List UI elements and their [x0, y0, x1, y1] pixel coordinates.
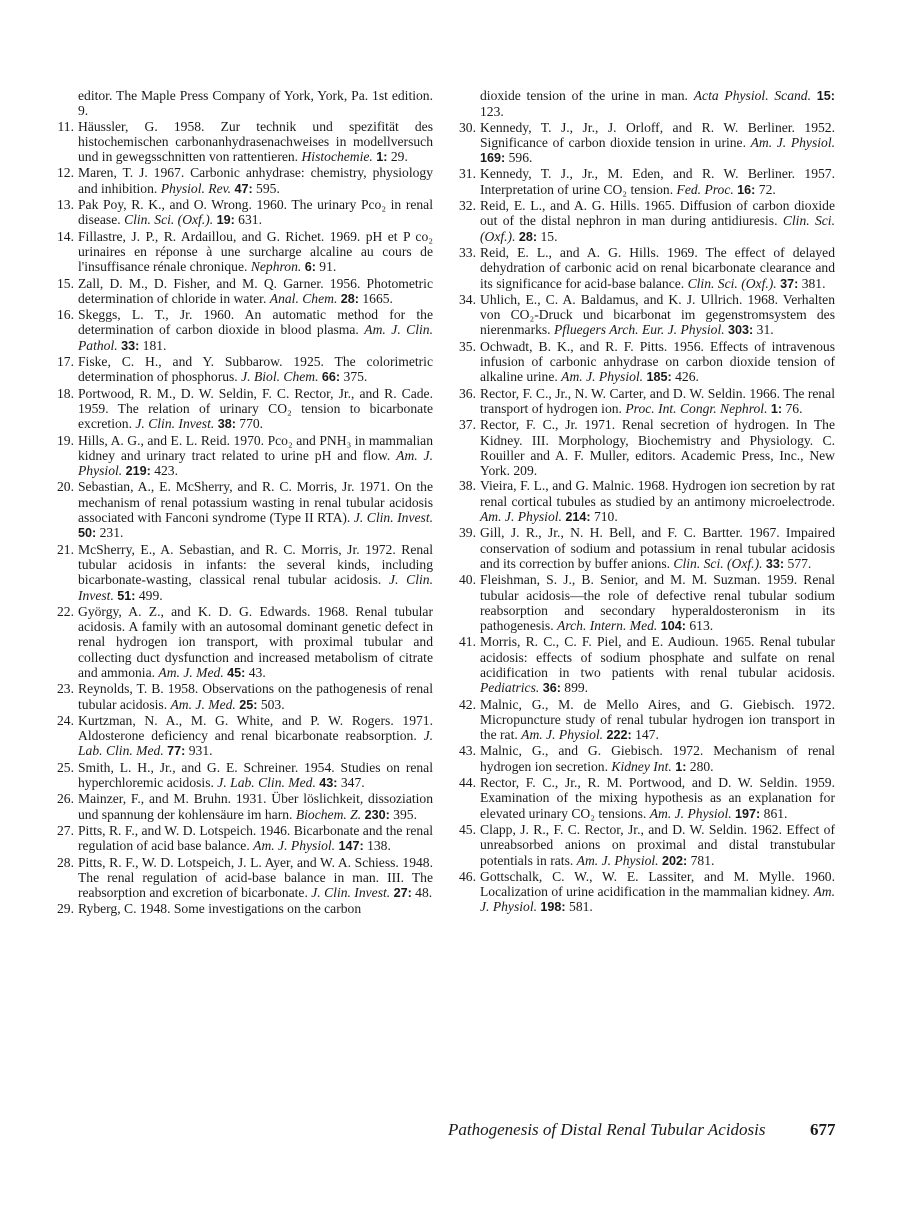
reference-text: Rector, F. C., Jr. 1971. Renal secretion… — [480, 417, 835, 478]
pages: 581. — [566, 899, 593, 914]
journal-name: Clin. Sci. (Oxf.). — [124, 212, 213, 227]
reference-item: 13.Pak Poy, R. K., and O. Wrong. 1960. T… — [52, 197, 433, 229]
reference-item: 36.Rector, F. C., Jr., N. W. Carter, and… — [454, 386, 835, 418]
journal-name: Clin. Sci. (Oxf.). — [688, 276, 777, 291]
reference-item: 18.Portwood, R. M., D. W. Seldin, F. C. … — [52, 386, 433, 433]
pages: 499. — [135, 588, 162, 603]
reference-number: 41. — [454, 634, 476, 649]
reference-text: Fleishman, S. J., B. Senior, and M. M. S… — [480, 572, 835, 633]
journal-name: Am. J. Physiol. — [577, 853, 659, 868]
reference-column-left: editor. The Maple Press Company of York,… — [52, 88, 433, 917]
reference-item: 40.Fleishman, S. J., B. Senior, and M. M… — [454, 572, 835, 634]
reference-number: 18. — [52, 386, 74, 401]
reference-number: 24. — [52, 713, 74, 728]
reference-number: 22. — [52, 604, 74, 619]
reference-number: 11. — [52, 119, 74, 134]
volume: 51: — [117, 589, 135, 603]
journal-name: Am. J. Physiol. — [480, 509, 562, 524]
volume: 50: — [78, 526, 96, 540]
pages: 395. — [390, 807, 417, 822]
reference-item: 20.Sebastian, A., E. McSherry, and R. C.… — [52, 479, 433, 541]
pages: 770. — [236, 416, 263, 431]
reference-text: Gottschalk, C. W., W. E. Lassiter, and M… — [480, 869, 835, 899]
volume: 33: — [121, 339, 139, 353]
reference-list-left: 11.Häussler, G. 1958. Zur technik und sp… — [52, 119, 433, 917]
pages: 381. — [798, 276, 825, 291]
reference-number: 46. — [454, 869, 476, 884]
reference-number: 23. — [52, 681, 74, 696]
reference-number: 21. — [52, 542, 74, 557]
journal-name: Am. J. Med. — [158, 665, 223, 680]
journal-name: J. Biol. Chem. — [241, 369, 318, 384]
continuation-text: editor. The Maple Press Company of York,… — [78, 88, 433, 118]
reference-item: 12.Maren, T. J. 1967. Carbonic anhydrase… — [52, 165, 433, 197]
pages: 181. — [139, 338, 166, 353]
page-number: 677 — [810, 1120, 836, 1140]
reference-item: 22.György, A. Z., and K. D. G. Edwards. … — [52, 604, 433, 681]
journal-name: Clin. Sci. (Oxf.). — [673, 556, 762, 571]
reference-item: 23.Reynolds, T. B. 1958. Observations on… — [52, 681, 433, 713]
reference-number: 31. — [454, 166, 476, 181]
reference-number: 28. — [52, 855, 74, 870]
volume: 219: — [126, 464, 151, 478]
pages: 231. — [96, 525, 123, 540]
volume: 198: — [540, 900, 565, 914]
journal-name: Am. J. Physiol. — [650, 806, 732, 821]
journal-name: Am. J. Physiol. — [253, 838, 335, 853]
journal-name: Fed. Proc. — [677, 182, 734, 197]
reference-item: 41.Morris, R. C., C. F. Piel, and E. Aud… — [454, 634, 835, 696]
reference-item: 42.Malnic, G., M. de Mello Aires, and G.… — [454, 697, 835, 744]
reference-number: 19. — [52, 433, 74, 448]
pages: 899. — [561, 680, 588, 695]
reference-list-right: 30.Kennedy, T. J., Jr., J. Orloff, and R… — [454, 120, 835, 916]
journal-name: J. Clin. Invest. — [311, 885, 390, 900]
volume: 202: — [662, 854, 687, 868]
reference-number: 33. — [454, 245, 476, 260]
journal-name: J. Clin. Invest. — [354, 510, 433, 525]
reference-item: 30.Kennedy, T. J., Jr., J. Orloff, and R… — [454, 120, 835, 167]
reference-number: 13. — [52, 197, 74, 212]
reference-number: 36. — [454, 386, 476, 401]
pages: 375. — [340, 369, 367, 384]
volume: 147: — [338, 839, 363, 853]
reference-item: 16.Skeggs, L. T., Jr. 1960. An automatic… — [52, 307, 433, 354]
pages: 596. — [505, 150, 532, 165]
reference-item: 28.Pitts, R. F., W. D. Lotspeich, J. L. … — [52, 855, 433, 902]
reference-item: 14.Fillastre, J. P., R. Ardaillou, and G… — [52, 229, 433, 276]
pages: 1665. — [359, 291, 393, 306]
volume: 77: — [167, 744, 185, 758]
journal-name: J. Clin. Invest. — [135, 416, 214, 431]
volume: 1: — [376, 150, 387, 164]
reference-text: McSherry, E., A. Sebastian, and R. C. Mo… — [78, 542, 433, 588]
reference-continuation: dioxide tension of the urine in man. Act… — [454, 88, 835, 120]
pages: 29. — [387, 149, 407, 164]
reference-item: 19.Hills, A. G., and E. L. Reid. 1970. P… — [52, 433, 433, 480]
volume: 19: — [217, 213, 235, 227]
reference-text: Hills, A. G., and E. L. Reid. 1970. Pco₂… — [78, 433, 433, 463]
volume: 36: — [543, 681, 561, 695]
reference-number: 40. — [454, 572, 476, 587]
volume: 214: — [565, 510, 590, 524]
pages: 631. — [235, 212, 262, 227]
journal-name: Physiol. Rev. — [161, 181, 231, 196]
pages: 426. — [672, 369, 699, 384]
journal-name: Kidney Int. — [611, 759, 671, 774]
volume: 104: — [661, 619, 686, 633]
journal-name: Am. J. Physiol. — [561, 369, 643, 384]
reference-item: 29.Ryberg, C. 1948. Some investigations … — [52, 901, 433, 916]
reference-number: 26. — [52, 791, 74, 806]
pages: 15. — [537, 229, 557, 244]
reference-item: 37.Rector, F. C., Jr. 1971. Renal secret… — [454, 417, 835, 478]
reference-number: 37. — [454, 417, 476, 432]
reference-item: 26.Mainzer, F., and M. Bruhn. 1931. Über… — [52, 791, 433, 823]
reference-item: 32.Reid, E. L., and A. G. Hills. 1965. D… — [454, 198, 835, 245]
pages: 710. — [591, 509, 618, 524]
reference-item: 39.Gill, J. R., Jr., N. H. Bell, and F. … — [454, 525, 835, 572]
reference-text: Kennedy, T. J., Jr., M. Eden, and R. W. … — [480, 166, 835, 196]
pages: 43. — [245, 665, 265, 680]
page-footer: Pathogenesis of Distal Renal Tubular Aci… — [448, 1120, 766, 1140]
journal-name: Am. J. Physiol. — [751, 135, 835, 150]
reference-number: 32. — [454, 198, 476, 213]
reference-number: 14. — [52, 229, 74, 244]
journal-name: Pediatrics. — [480, 680, 539, 695]
pages: 138. — [364, 838, 391, 853]
reference-item: 21.McSherry, E., A. Sebastian, and R. C.… — [52, 542, 433, 604]
reference-item: 38.Vieira, F. L., and G. Malnic. 1968. H… — [454, 478, 835, 525]
journal-name: Anal. Chem. — [270, 291, 338, 306]
pages: 861. — [760, 806, 787, 821]
volume: 16: — [737, 183, 755, 197]
pages: 577. — [784, 556, 811, 571]
volume: 33: — [766, 557, 784, 571]
reference-number: 20. — [52, 479, 74, 494]
reference-number: 34. — [454, 292, 476, 307]
volume: 6: — [305, 260, 316, 274]
volume: 230: — [365, 808, 390, 822]
pages: 931. — [185, 743, 212, 758]
reference-number: 16. — [52, 307, 74, 322]
reference-number: 38. — [454, 478, 476, 493]
journal-name: Pfluegers Arch. Eur. J. Physiol. — [554, 322, 725, 337]
reference-text: Reid, E. L., and A. G. Hills. 1965. Diff… — [480, 198, 835, 228]
journal-name: Acta Physiol. Scand. — [694, 88, 811, 103]
pages: 781. — [687, 853, 714, 868]
journal-name: Am. J. Med. — [171, 697, 236, 712]
pages: 423. — [151, 463, 178, 478]
pages: 123. — [480, 104, 504, 119]
reference-item: 25.Smith, L. H., Jr., and G. E. Schreine… — [52, 760, 433, 792]
reference-number: 17. — [52, 354, 74, 369]
reference-item: 43.Malnic, G., and G. Giebisch. 1972. Me… — [454, 743, 835, 775]
volume: 45: — [227, 666, 245, 680]
reference-item: 17.Fiske, C. H., and Y. Subbarow. 1925. … — [52, 354, 433, 386]
reference-number: 35. — [454, 339, 476, 354]
volume: 169: — [480, 151, 505, 165]
reference-number: 43. — [454, 743, 476, 758]
reference-column-right: dioxide tension of the urine in man. Act… — [454, 88, 835, 916]
reference-number: 39. — [454, 525, 476, 540]
pages: 347. — [337, 775, 364, 790]
volume: 1: — [675, 760, 686, 774]
reference-text: Kurtzman, N. A., M. G. White, and P. W. … — [78, 713, 433, 743]
reference-text: Morris, R. C., C. F. Piel, and E. Audiou… — [480, 634, 835, 680]
pages: 91. — [316, 259, 336, 274]
volume: 25: — [239, 698, 257, 712]
volume: 27: — [394, 886, 412, 900]
volume: 47: — [234, 182, 252, 196]
reference-item: 35.Ochwadt, B. K., and R. F. Pitts. 1956… — [454, 339, 835, 386]
reference-item: 31.Kennedy, T. J., Jr., M. Eden, and R. … — [454, 166, 835, 198]
pages: 613. — [686, 618, 713, 633]
journal-name: Am. J. Physiol. — [521, 727, 603, 742]
volume: 303: — [728, 323, 753, 337]
volume: 43: — [319, 776, 337, 790]
volume: 185: — [646, 370, 671, 384]
reference-number: 27. — [52, 823, 74, 838]
reference-item: 34.Uhlich, E., C. A. Baldamus, and K. J.… — [454, 292, 835, 339]
reference-text: Ryberg, C. 1948. Some investigations on … — [78, 901, 361, 916]
reference-number: 45. — [454, 822, 476, 837]
volume: 222: — [606, 728, 631, 742]
reference-continuation: editor. The Maple Press Company of York,… — [52, 88, 433, 119]
pages: 595. — [253, 181, 280, 196]
continuation-text: dioxide tension of the urine in man. — [480, 88, 694, 103]
reference-item: 46.Gottschalk, C. W., W. E. Lassiter, an… — [454, 869, 835, 916]
reference-item: 33.Reid, E. L., and A. G. Hills. 1969. T… — [454, 245, 835, 292]
reference-text: Vieira, F. L., and G. Malnic. 1968. Hydr… — [480, 478, 835, 508]
running-title: Pathogenesis of Distal Renal Tubular Aci… — [448, 1120, 766, 1139]
pages: 72. — [755, 182, 775, 197]
reference-number: 25. — [52, 760, 74, 775]
journal-name: Biochem. Z. — [296, 807, 361, 822]
reference-number: 15. — [52, 276, 74, 291]
volume: 197: — [735, 807, 760, 821]
reference-number: 30. — [454, 120, 476, 135]
volume: 37: — [780, 277, 798, 291]
pages: 48. — [412, 885, 432, 900]
pages: 503. — [257, 697, 284, 712]
pages: 280. — [686, 759, 713, 774]
journal-name: Arch. Intern. Med. — [557, 618, 657, 633]
journal-name: J. Lab. Clin. Med. — [217, 775, 316, 790]
volume: 38: — [218, 417, 236, 431]
reference-item: 44.Rector, F. C., Jr., R. M. Portwood, a… — [454, 775, 835, 822]
reference-item: 27.Pitts, R. F., and W. D. Lotspeich. 19… — [52, 823, 433, 855]
reference-item: 15.Zall, D. M., D. Fisher, and M. Q. Gar… — [52, 276, 433, 308]
volume: 28: — [519, 230, 537, 244]
journal-name: Nephron. — [251, 259, 301, 274]
reference-item: 11.Häussler, G. 1958. Zur technik und sp… — [52, 119, 433, 166]
reference-number: 42. — [454, 697, 476, 712]
pages: 147. — [632, 727, 659, 742]
reference-item: 24.Kurtzman, N. A., M. G. White, and P. … — [52, 713, 433, 760]
pages: 76. — [782, 401, 802, 416]
volume: 15: — [817, 89, 835, 103]
reference-number: 29. — [52, 901, 74, 916]
volume: 28: — [341, 292, 359, 306]
volume: 66: — [322, 370, 340, 384]
journal-name: Proc. Int. Congr. Nephrol. — [625, 401, 767, 416]
journal-name: Histochemie. — [301, 149, 372, 164]
volume: 1: — [771, 402, 782, 416]
reference-number: 12. — [52, 165, 74, 180]
reference-number: 44. — [454, 775, 476, 790]
pages: 31. — [753, 322, 773, 337]
reference-item: 45.Clapp, J. R., F. C. Rector, Jr., and … — [454, 822, 835, 869]
